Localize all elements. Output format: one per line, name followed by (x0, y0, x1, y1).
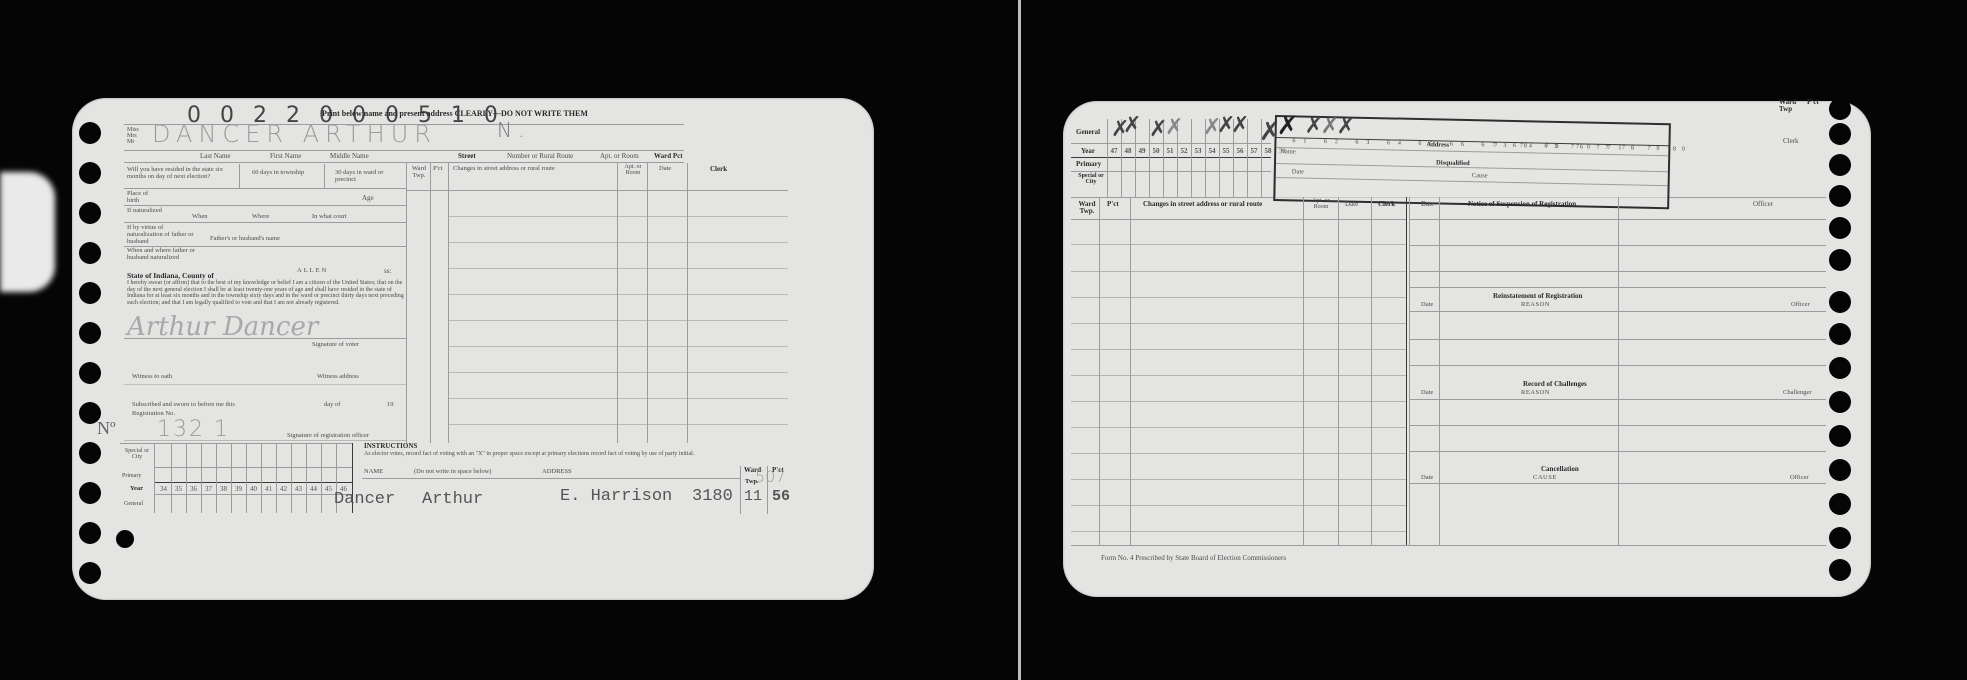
county-stamp: ALLEN (297, 268, 328, 275)
place-of-birth-label: Place of birth (127, 191, 157, 205)
punch-hole (1829, 425, 1851, 447)
suspension-officer-label: Officer (1753, 201, 1773, 208)
col-clerk: Clerk (1378, 201, 1395, 208)
residency-q2: 60 days in township (252, 170, 312, 177)
punch-hole (1829, 323, 1851, 345)
oath-text: I hereby swear (or affirm) that to the b… (127, 280, 409, 306)
suspension-title: Notice of Suspension of Registration (1468, 201, 1576, 208)
naturalized-court: In what court (312, 214, 347, 221)
reinstatement-officer-label: Officer (1791, 302, 1810, 309)
reinstatement-date-label: Date (1421, 302, 1433, 309)
grid-label-year: Year (130, 486, 143, 493)
grid-label-special: Special or City (122, 448, 152, 461)
do-not-write-label: (Do not write in space below) (414, 469, 491, 476)
label-ward-pct: Ward Pct (654, 153, 683, 160)
overlay-date-label: Date (1292, 169, 1304, 176)
col-clerk: Clerk (710, 166, 727, 173)
punch-hole (1829, 459, 1851, 481)
punch-hole (1829, 391, 1851, 413)
col-apt: Apt. or Room (1306, 198, 1336, 211)
punch-hole (1829, 357, 1851, 379)
label-last-name: Last Name (200, 153, 231, 160)
punch-hole (79, 202, 101, 224)
overlay-cause-label: Cause (1472, 173, 1488, 180)
clerk-label: Clerk (1783, 138, 1799, 145)
when-where-label: When and where father or husband natural… (127, 248, 207, 262)
state-line: State of Indiana, County of (127, 272, 214, 280)
punch-hole (1829, 185, 1851, 207)
punch-hole (1829, 527, 1851, 549)
typed-street: E. Harrison (560, 488, 672, 506)
residency-q3: 30 days in ward or precinct (335, 170, 405, 184)
virtue-label: If by virtue of naturalization of father… (127, 225, 197, 245)
officer-signature-label: Signature of registration officer (287, 433, 369, 440)
witness-oath-label: Witness to oath (132, 374, 172, 381)
challenges-date-label: Date (1421, 390, 1433, 397)
punch-hole (1829, 559, 1851, 581)
vote-mark: ✗ (1337, 116, 1356, 138)
challenges-title: Record of Challenges (1523, 381, 1587, 388)
cancellation-title: Cancellation (1541, 466, 1579, 473)
day-of-label: day of (324, 402, 340, 409)
instructions-body: As elector votes, record fact of voting … (364, 451, 784, 457)
reinstatement-reason-label: REASON (1521, 302, 1550, 309)
grid-label-primary: Primary (1076, 161, 1101, 168)
punch-hole (79, 282, 101, 304)
vote-mark: ✗ (1231, 115, 1249, 137)
grid-label-primary: Primary (122, 473, 141, 479)
label-middle-name: Middle Name (330, 153, 369, 160)
punch-hole (1829, 493, 1851, 515)
col-date: Date (659, 166, 671, 173)
year-prefix: 19 (387, 402, 394, 409)
registration-number: 132 1 (157, 418, 230, 441)
punch-hole (1829, 217, 1851, 239)
name-handwritten: DANCER ARTHUR (152, 122, 437, 147)
cancellation-officer-label: Officer (1790, 475, 1809, 482)
overlay-vote-strip: Name Address Disqualified Date Cause 61 … (1273, 115, 1671, 209)
punch-hole (1829, 154, 1851, 176)
vote-mark: ✗ (1123, 115, 1141, 137)
label-first-name: First Name (270, 153, 301, 160)
typed-first-name: Arthur (422, 491, 483, 509)
punch-hole (1829, 98, 1851, 120)
punch-hole (1829, 249, 1851, 271)
label-street: Street (458, 153, 476, 160)
naturalized-when: When (192, 214, 208, 221)
challenges-reason-label: REASON (1521, 390, 1550, 397)
col-changes: Changes in street address or rural route (1143, 201, 1262, 208)
father-name-label: Father's or husband's name (210, 236, 280, 243)
pct-handwritten: 507 (755, 469, 786, 486)
col-pct: P'ct (433, 166, 442, 173)
naturalized-where: Where (252, 214, 269, 221)
pct-label: P'ct (1807, 99, 1819, 106)
blurred-card-edge (0, 172, 55, 292)
registration-card-back: General Year Primary Special or City 47 … (1063, 101, 1871, 597)
naturalized-label: If naturalized (127, 208, 167, 215)
typed-number: 3180 (692, 488, 733, 506)
grid-label-special: Special or City (1077, 173, 1105, 186)
typed-pct: 56 (772, 489, 790, 505)
form-footer: Form No. 4 Prescribed by State Board of … (1101, 555, 1286, 562)
no-symbol: Nº (97, 419, 116, 438)
col-date: Date (1345, 201, 1358, 208)
witness-address-label: Witness address (317, 374, 359, 381)
address-label: ADDRESS (542, 469, 572, 476)
instructions-title: INSTRUCTIONS (364, 443, 417, 450)
overlay-disqualified-label: Disqualified (1436, 160, 1470, 168)
punch-hole (79, 362, 101, 384)
cancellation-cause-label: CAUSE (1533, 475, 1557, 482)
challenges-challenger-label: Challenger (1783, 390, 1812, 397)
label-apt: Apt. or Room (600, 153, 639, 160)
suspension-date-label: Date (1421, 201, 1434, 208)
punch-hole (1829, 291, 1851, 313)
punch-hole (1829, 123, 1851, 145)
punch-hole-small (116, 530, 134, 548)
typed-ward: 11 (744, 489, 762, 505)
reinstatement-title: Reinstatement of Registration (1493, 293, 1582, 300)
punch-hole (79, 442, 101, 464)
punch-hole (79, 122, 101, 144)
punch-hole (79, 162, 101, 184)
age-label: Age (362, 195, 374, 202)
ward-twp-label: Ward Twp (1779, 99, 1801, 114)
vote-mark: ✗ (1276, 113, 1298, 139)
label-route: Number or Rural Route (507, 153, 573, 160)
col-changes: Changes in street address or rural route (453, 166, 555, 173)
cancellation-date-label: Date (1421, 475, 1433, 482)
salutation-mr: Mr (127, 139, 134, 145)
typed-last-name: Dancer (334, 491, 395, 509)
scan-divider (1018, 0, 1021, 680)
col-ward-twp: Ward Twp. (409, 166, 429, 180)
punch-hole (79, 482, 101, 504)
punch-hole (79, 562, 101, 584)
punch-hole (79, 522, 101, 544)
punch-hole (79, 322, 101, 344)
ss-label: ss: (384, 268, 391, 275)
col-pct: P'ct (1107, 201, 1119, 208)
signature-label: Signature of voter (312, 342, 359, 349)
grid-label-general: General (124, 501, 143, 507)
name-label: NAME (364, 469, 383, 476)
overlay-name-label: Name (1280, 149, 1296, 156)
grid-label-year: Year (1081, 148, 1095, 155)
subscribed-label: Subscribed and sworn to before me this (132, 402, 235, 409)
col-apt: Apt. or Room (620, 164, 646, 177)
street-handwritten: N. (497, 120, 530, 141)
header-instruction: Print below name and present address CLE… (322, 110, 588, 118)
vote-mark: ✗ (1165, 117, 1183, 139)
col-ward-twp: Ward Twp. (1075, 201, 1099, 216)
grid-label-general: General (1076, 129, 1100, 136)
residency-q1: Will you have resided in the state six m… (127, 167, 227, 181)
punch-hole (79, 242, 101, 264)
registration-card-front: 0 0 2 2 0 0 0 5 1 0 Print below name and… (72, 98, 874, 600)
